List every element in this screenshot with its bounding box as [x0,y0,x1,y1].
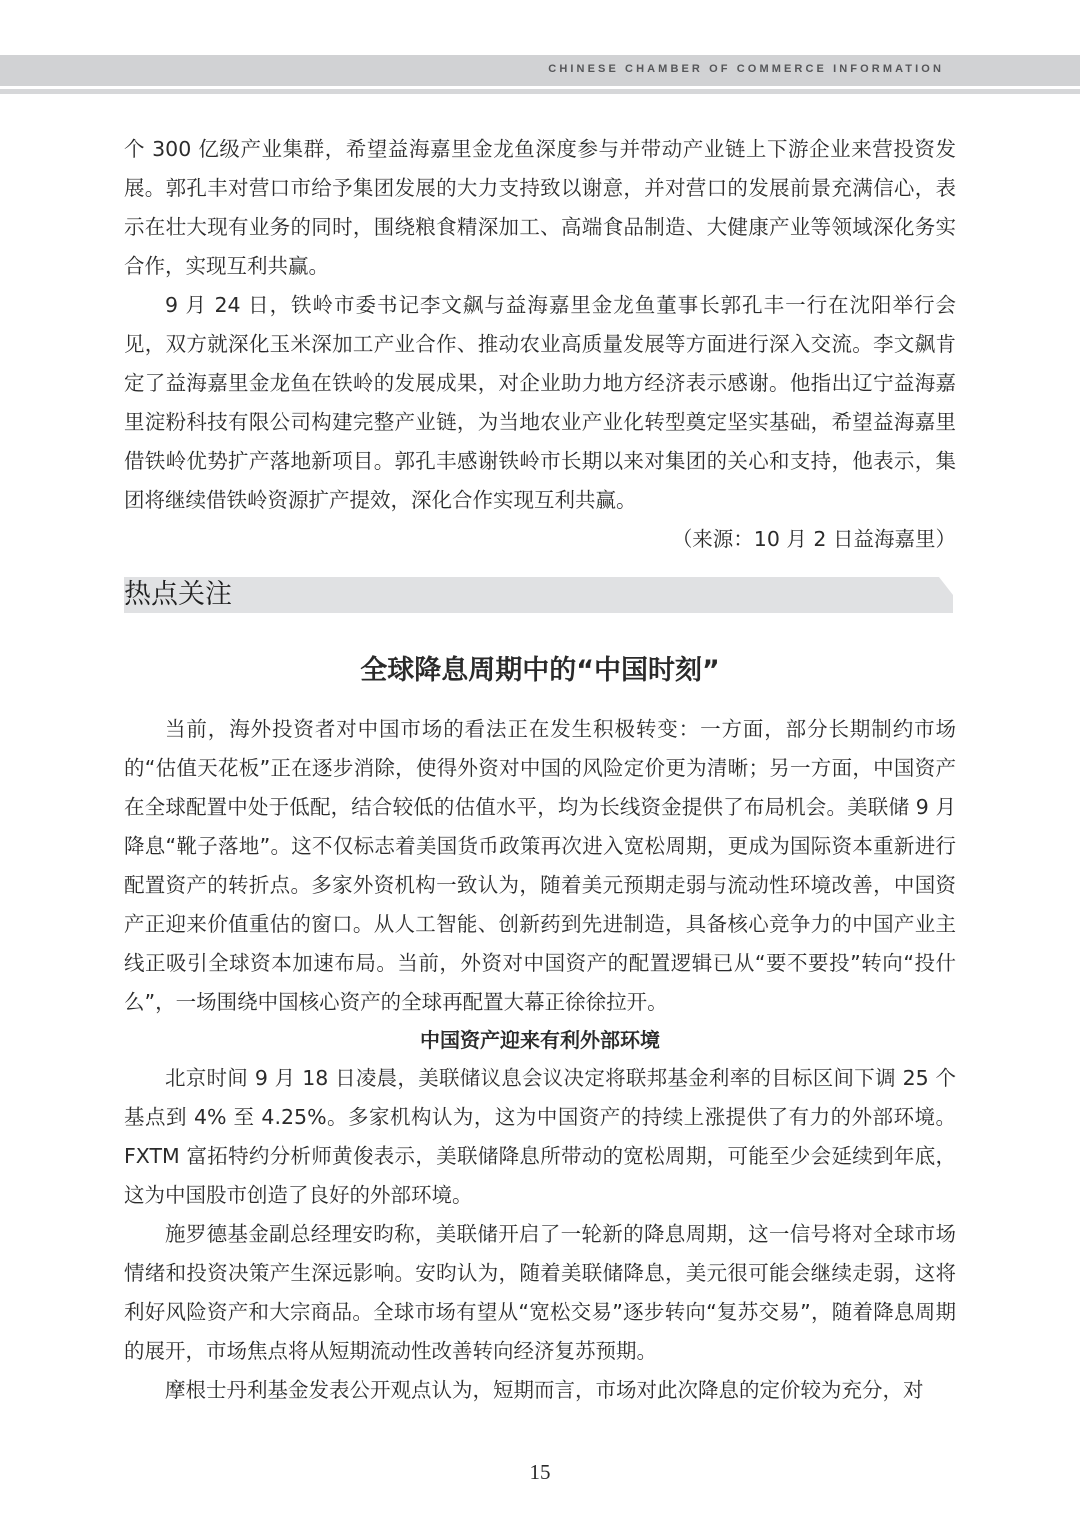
paragraph: 摩根士丹利基金发表公开观点认为，短期而言，市场对此次降息的定价较为充分，对 [124,1371,956,1410]
article-subheading: 中国资产迎来有利外部环境 [124,1022,956,1059]
header-stripe [0,89,1080,94]
source-citation: （来源：10 月 2 日益海嘉里） [631,520,956,559]
paragraph: 个 300 亿级产业集群，希望益海嘉里金龙鱼深度参与并带动产业链上下游企业来营投… [124,130,956,286]
paragraph: 施罗德基金副总经理安昀称，美联储开启了一轮新的降息周期，这一信号将对全球市场情绪… [124,1215,956,1371]
paragraph: 9 月 24 日，铁岭市委书记李文飙与益海嘉里金龙鱼董事长郭孔丰一行在沈阳举行会… [124,286,956,520]
paragraph: 北京时间 9 月 18 日凌晨，美联储议息会议决定将联邦基金利率的目标区间下调 … [124,1059,956,1215]
article-intro: 当前，海外投资者对中国市场的看法正在发生积极转变：一方面，部分长期制约市场的“估… [124,710,956,1022]
page-number: 15 [0,1460,1080,1485]
section-band [124,577,953,613]
publication-name: CHINESE CHAMBER OF COMMERCE INFORMATION [548,63,944,75]
article-body: 当前，海外投资者对中国市场的看法正在发生积极转变：一方面，部分长期制约市场的“估… [124,710,956,1410]
article-title: 全球降息周期中的“中国时刻” [0,648,1080,687]
paragraph-text: 9 月 24 日，铁岭市委书记李文飙与益海嘉里金龙鱼董事长郭孔丰一行在沈阳举行会… [124,293,956,512]
previous-article: 个 300 亿级产业集群，希望益海嘉里金龙鱼深度参与并带动产业链上下游企业来营投… [124,130,956,559]
section-title: 热点关注 [124,577,232,613]
